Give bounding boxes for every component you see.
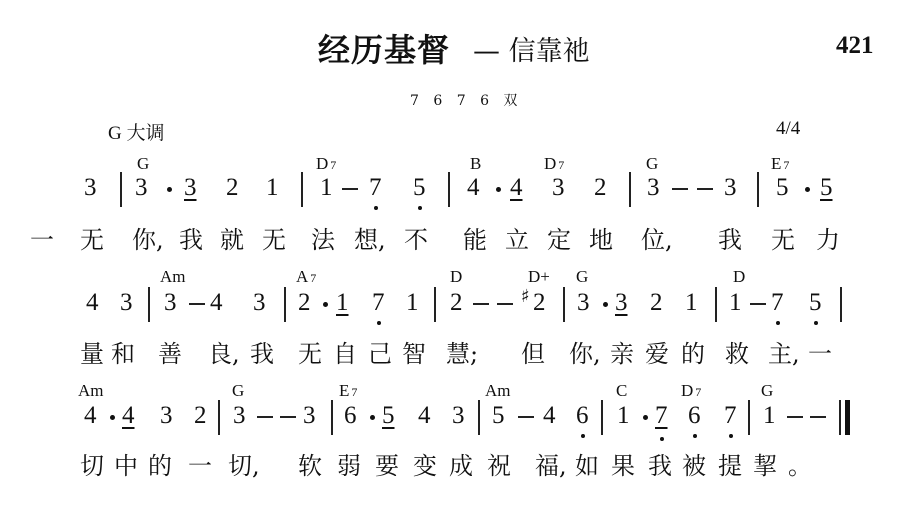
note: 2 — [194, 403, 207, 429]
hymn-title: 经历基督 — [318, 30, 450, 70]
lower-octave-dot — [581, 434, 585, 438]
chord-symbol: E7 — [339, 382, 357, 401]
lyric-syllable: 被 — [682, 451, 706, 481]
lyric-syllable: 我 — [648, 451, 672, 481]
augmentation-dot — [370, 415, 375, 420]
chord-symbol: Am — [485, 382, 511, 400]
note: 1 — [336, 290, 349, 316]
augmentation-dot — [643, 415, 648, 420]
lyric-syllable: 慧; — [446, 339, 478, 369]
note: 4 — [210, 290, 223, 316]
note: 7 — [724, 403, 737, 429]
note: 5 — [776, 175, 789, 201]
lyric-syllable: 我 — [718, 225, 742, 255]
lyric-syllable: 你, — [569, 339, 601, 369]
lyric-syllable: 但 — [521, 339, 545, 369]
lyric-syllable: 果 — [611, 451, 635, 481]
note: 2 — [533, 290, 546, 316]
lyric-syllable: 的 — [681, 339, 705, 369]
note: 7 — [372, 290, 385, 316]
lyric-syllable: 无 — [262, 225, 286, 255]
chord-symbol: G — [761, 382, 773, 400]
note: 6 — [576, 403, 589, 429]
chord-symbol: Am — [78, 382, 104, 400]
hold-dash — [342, 188, 358, 190]
final-bar-thick — [845, 400, 850, 435]
note: 3 — [160, 403, 173, 429]
lower-octave-dot — [776, 321, 780, 325]
lyric-syllable: 我 — [250, 339, 274, 369]
note: 1 — [685, 290, 698, 316]
chord-extension: 7 — [330, 158, 336, 172]
meter-label: 7 6 7 6 双 — [410, 90, 522, 110]
note: 2 — [450, 290, 463, 316]
note: 3 — [135, 175, 148, 201]
chord-symbol: D — [450, 268, 462, 286]
lyric-syllable: 自 — [333, 339, 357, 369]
lyric-syllable: 成 — [449, 451, 473, 481]
chord-symbol: G — [576, 268, 588, 286]
bar-line — [218, 400, 220, 435]
lower-octave-dot — [814, 321, 818, 325]
lyric-syllable: 提 — [718, 451, 742, 481]
chord-symbol: D7 — [316, 155, 336, 174]
note: 7 — [771, 290, 784, 316]
lyric-syllable: 救 — [725, 339, 749, 369]
note: 3 — [120, 290, 133, 316]
augmentation-dot — [110, 415, 115, 420]
lyric-syllable: 法 — [311, 225, 335, 255]
hold-dash — [280, 416, 296, 418]
lyric-syllable: 地 — [589, 225, 613, 255]
hymn-subtitle: — 信靠祂 — [473, 33, 590, 71]
bar-line — [284, 287, 286, 322]
lyric-syllable: 主, — [768, 339, 800, 369]
note: 4 — [510, 175, 523, 201]
lyric-syllable: 你, — [132, 225, 164, 255]
augmentation-dot — [805, 187, 810, 192]
bar-line — [301, 172, 303, 207]
chord-symbol: D — [733, 268, 745, 286]
chord-extension: 7 — [783, 158, 789, 172]
hold-dash — [257, 416, 273, 418]
lyric-syllable: 良, — [208, 339, 240, 369]
chord-symbol: A7 — [296, 268, 316, 287]
lyric-syllable: 一 — [188, 451, 212, 481]
time-signature: 4/4 — [776, 118, 800, 140]
lyric-syllable: 中 — [114, 451, 138, 481]
note: 3 — [253, 290, 266, 316]
lyric-syllable: 想, — [354, 225, 386, 255]
lyric-syllable: 变 — [413, 451, 437, 481]
lyric-syllable: 量 — [80, 339, 104, 369]
note: 6 — [344, 403, 357, 429]
lower-octave-dot — [377, 321, 381, 325]
key-signature: G 大调 — [108, 118, 164, 145]
chord-symbol: G — [137, 155, 149, 173]
hold-dash — [672, 188, 688, 190]
hymn-number: 421 — [836, 32, 874, 60]
bar-line — [748, 400, 750, 435]
note: 3 — [724, 175, 737, 201]
note: 4 — [467, 175, 480, 201]
note: 5 — [809, 290, 822, 316]
note: 3 — [552, 175, 565, 201]
lyric-syllable: 善 — [158, 339, 182, 369]
note: 4 — [122, 403, 135, 429]
bar-line — [148, 287, 150, 322]
augmentation-dot — [496, 187, 501, 192]
lyric-syllable: 能 — [463, 225, 487, 255]
lyric-syllable: 一 — [30, 225, 54, 255]
note: 3 — [647, 175, 660, 201]
lyric-syllable: 力 — [816, 225, 840, 255]
lyric-syllable: 和 — [111, 339, 135, 369]
augmentation-dot — [323, 302, 328, 307]
note: 2 — [226, 175, 239, 201]
final-bar-thin — [839, 400, 841, 435]
hold-dash — [497, 303, 513, 305]
augmentation-dot — [603, 302, 608, 307]
chord-symbol: D7 — [544, 155, 564, 174]
lyric-syllable: 不 — [404, 225, 428, 255]
lyric-syllable: 如 — [575, 451, 599, 481]
hold-dash — [473, 303, 489, 305]
note: 1 — [406, 290, 419, 316]
lyric-syllable: 祝 — [487, 451, 511, 481]
note: 3 — [84, 175, 97, 201]
bar-line — [840, 287, 842, 322]
note: 7 — [655, 403, 668, 429]
bar-line — [757, 172, 759, 207]
bar-line — [629, 172, 631, 207]
hold-dash — [810, 416, 826, 418]
note: 1 — [617, 403, 630, 429]
chord-symbol: D+ — [528, 268, 550, 286]
lyric-syllable: 智 — [402, 339, 426, 369]
hold-dash — [697, 188, 713, 190]
lyric-syllable: 定 — [547, 225, 571, 255]
bar-line — [331, 400, 333, 435]
chord-symbol: C — [616, 382, 627, 400]
chord-extension: 7 — [558, 158, 564, 172]
lyric-syllable: 福, — [535, 451, 567, 481]
lyric-syllable: 切 — [80, 451, 104, 481]
note: 2 — [298, 290, 311, 316]
lower-octave-dot — [660, 437, 664, 441]
lyric-syllable: 立 — [505, 225, 529, 255]
lyric-syllable: 爱 — [645, 339, 669, 369]
hold-dash — [518, 416, 534, 418]
note: 5 — [382, 403, 395, 429]
lower-octave-dot — [418, 206, 422, 210]
note: 2 — [650, 290, 663, 316]
lyric-syllable: 我 — [179, 225, 203, 255]
lyric-syllable: 就 — [220, 225, 244, 255]
lyric-syllable: 位, — [641, 225, 673, 255]
chord-symbol: G — [646, 155, 658, 173]
note: 2 — [594, 175, 607, 201]
note: 7 — [369, 175, 382, 201]
chord-symbol: B — [470, 155, 481, 173]
note: 6 — [688, 403, 701, 429]
note: 1 — [320, 175, 333, 201]
hold-dash — [787, 416, 803, 418]
bar-line — [601, 400, 603, 435]
lyric-syllable: 无 — [298, 339, 322, 369]
lyric-syllable: 无 — [80, 225, 104, 255]
lyric-syllable: 己 — [368, 339, 392, 369]
bar-line — [563, 287, 565, 322]
lyric-syllable: 挈 — [753, 451, 777, 481]
note: 5 — [492, 403, 505, 429]
bar-line — [715, 287, 717, 322]
hold-dash — [189, 303, 205, 305]
bar-line — [434, 287, 436, 322]
bar-line — [448, 172, 450, 207]
note: 1 — [266, 175, 279, 201]
note: 4 — [86, 290, 99, 316]
lyric-syllable: 无 — [771, 225, 795, 255]
chord-symbol: Am — [160, 268, 186, 286]
lower-octave-dot — [693, 434, 697, 438]
chord-symbol: G — [232, 382, 244, 400]
chord-symbol: D7 — [681, 382, 701, 401]
lyric-syllable: 要 — [375, 451, 399, 481]
lower-octave-dot — [374, 206, 378, 210]
note: 4 — [543, 403, 556, 429]
chord-symbol: E7 — [771, 155, 789, 174]
sharp-accidental: ♯ — [521, 286, 530, 307]
note: 3 — [452, 403, 465, 429]
note: 3 — [233, 403, 246, 429]
note: 3 — [184, 175, 197, 201]
lyric-syllable: 弱 — [337, 451, 361, 481]
note: 3 — [577, 290, 590, 316]
note: 4 — [418, 403, 431, 429]
bar-line — [120, 172, 122, 207]
augmentation-dot — [167, 187, 172, 192]
note: 3 — [164, 290, 177, 316]
bar-line — [478, 400, 480, 435]
note: 3 — [615, 290, 628, 316]
lyric-syllable: 。 — [788, 451, 812, 481]
lower-octave-dot — [729, 434, 733, 438]
lyric-syllable: 一 — [808, 339, 832, 369]
lyric-syllable: 切, — [228, 451, 260, 481]
note: 5 — [413, 175, 426, 201]
chord-extension: 7 — [695, 385, 701, 399]
lyric-syllable: 亲 — [610, 339, 634, 369]
lyric-syllable: 软 — [298, 451, 322, 481]
note: 1 — [763, 403, 776, 429]
chord-extension: 7 — [351, 385, 357, 399]
note: 3 — [303, 403, 316, 429]
note: 4 — [84, 403, 97, 429]
chord-extension: 7 — [310, 271, 316, 285]
note: 1 — [729, 290, 742, 316]
lyric-syllable: 的 — [148, 451, 172, 481]
note: 5 — [820, 175, 833, 201]
hold-dash — [750, 303, 766, 305]
